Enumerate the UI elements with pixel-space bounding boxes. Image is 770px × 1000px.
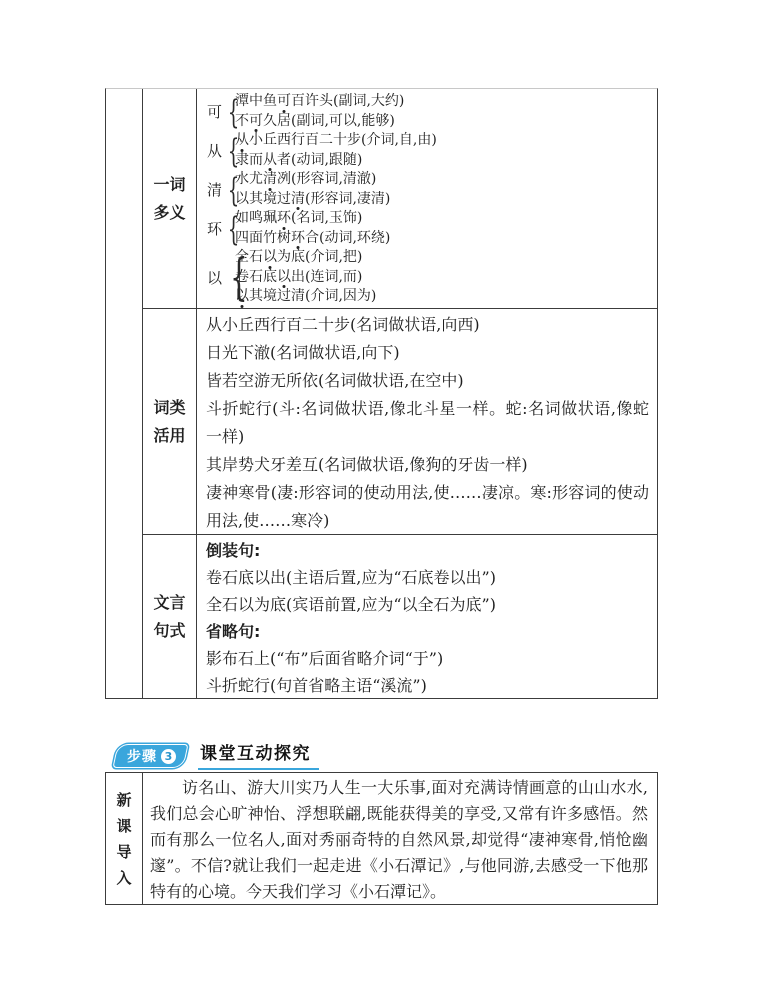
group-head-char: 从 [206,140,223,161]
line-post: 为底(介词,把) [277,249,362,265]
line-pre: 如鸣珮 [235,210,277,226]
line-pre: 四面竹树 [235,230,291,246]
intro-paragraph: 访名山、游大川实乃人生一大乐事,面对充满诗情画意的山山水水,我们总会心旷神怡、浮… [150,775,648,905]
step-number-circle-icon: 3 [161,749,176,764]
group-lines: 潭中鱼可百许头(副词,大约) 不可久居(副词,可以,能够) [233,92,653,131]
line-post: 冽(形容词,清澈) [277,171,376,187]
label-line: 句式 [153,617,185,645]
label-char: 新 [116,787,131,813]
label-line: 多义 [153,199,185,227]
intro-label: 新 课 导 入 [106,773,143,905]
group-head-char: 以 [206,267,223,288]
brace-glyph [223,252,233,302]
step-badge: 步骤 3 [112,744,188,768]
emphasized-char: 清 [291,191,305,207]
usage-line: 日光下澈(名词做状语,向下) [206,339,649,367]
polysemy-group: 可 潭中鱼可百许头(副词,大约) 不可久居(副词,可以,能够) [206,92,653,131]
group-lines: 全石以为底(介词,把) 卷石底以出(连词,而) 以其境过清(介词,因为) [233,248,653,307]
label-line: 文言 [153,589,185,617]
line-post: (形容词,凄清) [305,191,390,207]
line-post: (名词,玉饰) [291,210,362,226]
table-spacer-cell [106,89,143,698]
intro-content: 访名山、游大川实乃人生一大乐事,面对充满诗情画意的山山水水,我们总会心旷神怡、浮… [143,773,657,905]
example-line: 从小丘西行百二十步(介词,自,由) [235,131,653,151]
example-line: 四面竹树环合(动词,环绕) [235,229,653,249]
line-post: 小丘西行百二十步(介词,自,由) [249,132,437,148]
emphasized-char: 从 [235,132,249,148]
sentence-pattern-content: 倒装句: 卷石底以出(主语后置,应为“石底卷以出”) 全石以为底(宾语前置,应为… [197,534,657,698]
label-line: 一词 [153,171,185,199]
emphasized-char: 以 [263,249,277,265]
emphasized-char: 以 [277,269,291,285]
step-badge-label: 步骤 [127,746,157,766]
step-title: 课堂互动探究 [198,739,319,770]
pattern-line: 斗折蛇行(句首省略主语“溪流”) [206,672,649,699]
line-post: 久居(副词,可以,能够) [263,113,395,129]
pattern-line: 全石以为底(宾语前置,应为“以全石为底”) [206,591,649,618]
label-line: 活用 [153,422,185,450]
label-char: 导 [116,839,131,865]
usage-line: 其岸势犬牙差互(名词做状语,像狗的牙齿一样) [206,451,649,479]
lesson-intro-table: 新 课 导 入 访名山、游大川实乃人生一大乐事,面对充满诗情画意的山山水水,我们… [105,772,658,905]
emphasized-char: 清 [263,171,277,187]
section-label-word-class: 词类 活用 [143,308,197,534]
group-lines: 水尤清冽(形容词,清澈) 以其境过清(形容词,凄清) [233,170,653,209]
line-post: 百许头(副词,大约) [291,93,404,109]
brace-glyph [223,95,233,128]
polysemy-group: 以 全石以为底(介词,把) 卷石底以出(连词,而) 以其境过清(介词,因为) [206,248,653,307]
example-line: 卷石底以出(连词,而) [235,268,653,288]
step-header: 步骤 3 课堂互动探究 [115,739,319,770]
line-post: 合(动词,环绕) [305,230,390,246]
usage-line: 斗折蛇行(斗:名词做状语,像北斗星一样。蛇:名词做状语,像蛇一样) [206,395,649,451]
group-head-char: 可 [206,101,223,122]
group-head-char: 清 [206,179,223,200]
emphasized-char: 可 [277,93,291,109]
example-line: 不可久居(副词,可以,能够) [235,112,653,132]
polysemy-group: 环 如鸣珮环(名词,玉饰) 四面竹树环合(动词,环绕) [206,209,653,248]
emphasized-char: 环 [291,230,305,246]
usage-line: 皆若空游无所依(名词做状语,在空中) [206,367,649,395]
line-post: 者(动词,跟随) [277,152,362,168]
word-class-content: 从小丘西行百二十步(名词做状语,向西) 日光下澈(名词做状语,向下) 皆若空游无… [197,308,657,534]
brace-glyph [223,134,233,167]
emphasized-char: 环 [277,210,291,226]
line-post: 出(连词,而) [291,269,362,285]
group-lines: 从小丘西行百二十步(介词,自,由) 隶而从者(动词,跟随) [233,131,653,170]
line-post: 其境过清(介词,因为) [249,288,376,304]
brace-glyph [223,212,233,245]
line-pre: 以其境过 [235,191,291,207]
section-label-polysemy: 一词 多义 [143,89,197,308]
usage-line: 凄神寒骨(凄:形容词的使动用法,使……凄凉。寒:形容词的使动用法,使……寒冷) [206,479,649,535]
example-line: 全石以为底(介词,把) [235,248,653,268]
step-badge-inner: 步骤 3 [127,746,176,766]
label-line: 词类 [153,394,185,422]
emphasized-char: 以 [235,288,249,304]
group-lines: 如鸣珮环(名词,玉饰) 四面竹树环合(动词,环绕) [233,209,653,248]
emphasized-char: 可 [249,113,263,129]
line-pre: 潭中鱼 [235,93,277,109]
polysemy-group: 从 从小丘西行百二十步(介词,自,由) 隶而从者(动词,跟随) [206,131,653,170]
example-line: 隶而从者(动词,跟随) [235,151,653,171]
example-line: 潭中鱼可百许头(副词,大约) [235,92,653,112]
page: 一词 多义 可 潭中鱼可百许头(副词,大约) 不可久居(副词,可以,能够) 从 … [0,0,770,1000]
polysemy-content: 可 潭中鱼可百许头(副词,大约) 不可久居(副词,可以,能够) 从 从小丘西行百… [197,89,657,308]
brace-glyph [223,173,233,206]
section-label-sentence-patterns: 文言 句式 [143,534,197,698]
label-char: 入 [116,865,131,891]
pattern-subheading: 倒装句: [206,537,649,564]
emphasized-char: 从 [263,152,277,168]
pattern-line: 卷石底以出(主语后置,应为“石底卷以出”) [206,564,649,591]
example-line: 如鸣珮环(名词,玉饰) [235,209,653,229]
example-line: 以其境过清(介词,因为) [235,287,653,307]
label-char: 课 [116,813,131,839]
example-line: 以其境过清(形容词,凄清) [235,190,653,210]
grammar-table: 一词 多义 可 潭中鱼可百许头(副词,大约) 不可久居(副词,可以,能够) 从 … [105,88,658,699]
usage-line: 从小丘西行百二十步(名词做状语,向西) [206,311,649,339]
group-head-char: 环 [206,218,223,239]
pattern-subheading: 省略句: [206,618,649,645]
example-line: 水尤清冽(形容词,清澈) [235,170,653,190]
polysemy-group: 清 水尤清冽(形容词,清澈) 以其境过清(形容词,凄清) [206,170,653,209]
pattern-line: 影布石上(“布”后面省略介词“于”) [206,645,649,672]
